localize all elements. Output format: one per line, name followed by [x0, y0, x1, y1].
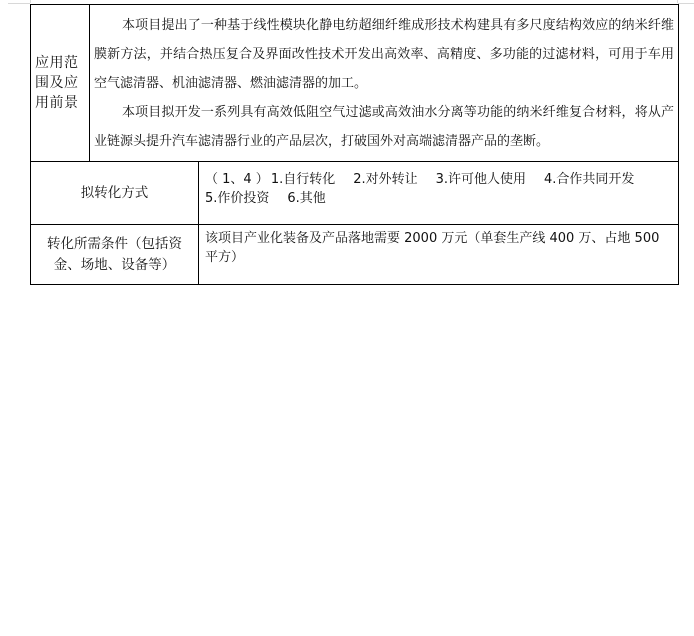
table-row-transfer-mode: 拟转化方式 （ 1、4 ）1.自行转化2.对外转让3.许可他人使用4.合作共同开…: [31, 162, 679, 225]
application-paragraph: 本项目拟开发一系列具有高效低阻空气过滤或高效油水分离等功能的纳米纤维复合材料，将…: [94, 98, 674, 156]
project-info-table: 应用范围及应用前景 本项目提出了一种基于线性模块化静电纺超细纤维成形技术构建具有…: [30, 4, 679, 285]
transfer-option: 6.其他: [287, 189, 325, 208]
conditions-label: 转化所需条件（包括资金、场地、设备等）: [47, 236, 182, 273]
application-content-cell: 本项目提出了一种基于线性模块化静电纺超细纤维成形技术构建具有多尺度结构效应的纳米…: [90, 5, 679, 162]
application-label: 应用范围及应用前景: [35, 55, 79, 111]
page-corner-mark: [30, 0, 31, 3]
page-corner-mark: [8, 3, 30, 4]
transfer-option: 4.合作共同开发: [544, 170, 634, 189]
transfer-mode-options-cell: （ 1、4 ）1.自行转化2.对外转让3.许可他人使用4.合作共同开发 5.作价…: [199, 162, 679, 225]
transfer-option: 2.对外转让: [353, 170, 417, 189]
transfer-option: 5.作价投资: [205, 189, 269, 208]
transfer-mode-label-cell: 拟转化方式: [31, 162, 199, 225]
page-corner-mark: [678, 3, 694, 4]
application-label-cell: 应用范围及应用前景: [31, 5, 90, 162]
transfer-option: 3.许可他人使用: [436, 170, 526, 189]
page-corner-mark: [677, 0, 678, 3]
transfer-mode-label: 拟转化方式: [81, 185, 149, 201]
conditions-value-cell: 该项目产业化装备及产品落地需要 2000 万元（单套生产线 400 万、占地 5…: [199, 225, 679, 285]
transfer-mode-selected: （ 1、4 ）: [205, 172, 269, 187]
table-row-application: 应用范围及应用前景 本项目提出了一种基于线性模块化静电纺超细纤维成形技术构建具有…: [31, 5, 679, 162]
table-row-conditions: 转化所需条件（包括资金、场地、设备等） 该项目产业化装备及产品落地需要 2000…: [31, 225, 679, 285]
application-paragraph: 本项目提出了一种基于线性模块化静电纺超细纤维成形技术构建具有多尺度结构效应的纳米…: [94, 11, 674, 98]
conditions-value: 该项目产业化装备及产品落地需要 2000 万元（单套生产线 400 万、占地 5…: [205, 231, 659, 265]
conditions-label-cell: 转化所需条件（包括资金、场地、设备等）: [31, 225, 199, 285]
transfer-option: 1.自行转化: [271, 170, 335, 189]
